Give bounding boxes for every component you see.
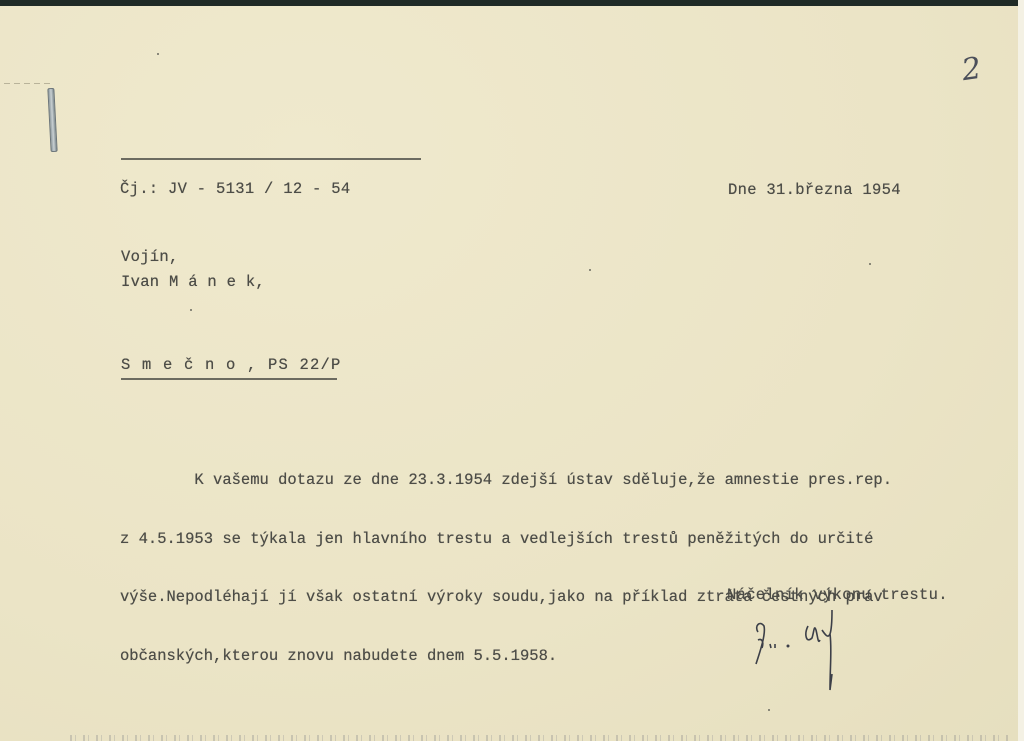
recipient-rank: Vojín, (121, 248, 179, 266)
recipient-name: Ivan M á n e k, (121, 273, 265, 291)
signature-icon (750, 604, 860, 699)
location-underline (121, 378, 337, 380)
reference-number: Čj.: JV - 5131 / 12 - 54 (120, 180, 350, 198)
paper-speck (157, 53, 159, 55)
letter-date: Dne 31.března 1954 (728, 181, 901, 199)
staple-mark (4, 83, 54, 84)
body-line: K vašemu dotazu ze dne 23.3.1954 zdejší … (120, 471, 892, 491)
recipient-location: S m e č n o , PS 22/P (121, 356, 342, 374)
staple-icon (47, 88, 57, 152)
paper-speck (768, 709, 770, 711)
paper-speck (589, 269, 591, 271)
handwritten-page-number: 2 (960, 51, 984, 88)
paper-speck (869, 263, 871, 265)
paper-speck (190, 309, 192, 311)
body-line: z 4.5.1953 se týkala jen hlavního trestu… (120, 530, 892, 550)
signoff-title: Náčelník výkonu trestu. (727, 586, 948, 604)
reference-top-rule (121, 158, 421, 160)
scan-edge (1018, 0, 1024, 741)
scanned-letter-page: 2 Čj.: JV - 5131 / 12 - 54 Dne 31.března… (0, 6, 1018, 741)
bleed-through-text (70, 735, 1010, 741)
